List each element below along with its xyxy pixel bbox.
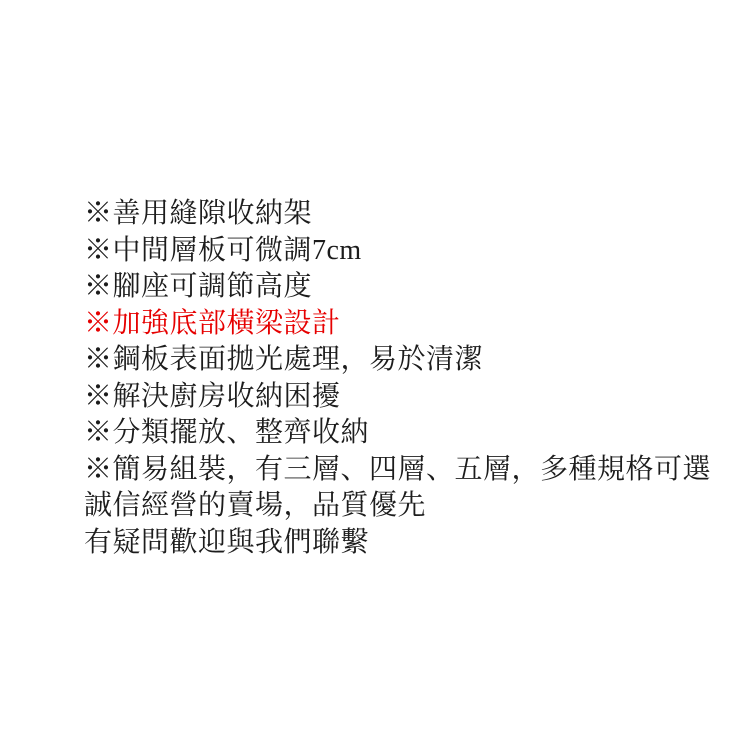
description-line-1: ※善用縫隙收納架 — [84, 196, 704, 233]
description-line-4-highlighted: ※加強底部橫梁設計 — [84, 306, 704, 343]
product-description-block: ※善用縫隙收納架 ※中間層板可微調7cm ※腳座可調節高度 ※加強底部橫梁設計 … — [84, 196, 704, 561]
page-background: { "page": { "background": "#ffffff", "te… — [0, 0, 750, 750]
description-line-2: ※中間層板可微調7cm — [84, 233, 704, 270]
description-line-8: ※簡易組裝，有三層、四層、五層，多種規格可選 — [84, 452, 704, 489]
description-line-5: ※鋼板表面拋光處理，易於清潔 — [84, 342, 704, 379]
description-line-10: 有疑問歡迎與我們聯繫 — [84, 525, 704, 562]
description-line-6: ※解決廚房收納困擾 — [84, 379, 704, 416]
description-line-9: 誠信經營的賣場，品質優先 — [84, 488, 704, 525]
description-line-3: ※腳座可調節高度 — [84, 269, 704, 306]
description-line-7: ※分類擺放、整齊收納 — [84, 415, 704, 452]
